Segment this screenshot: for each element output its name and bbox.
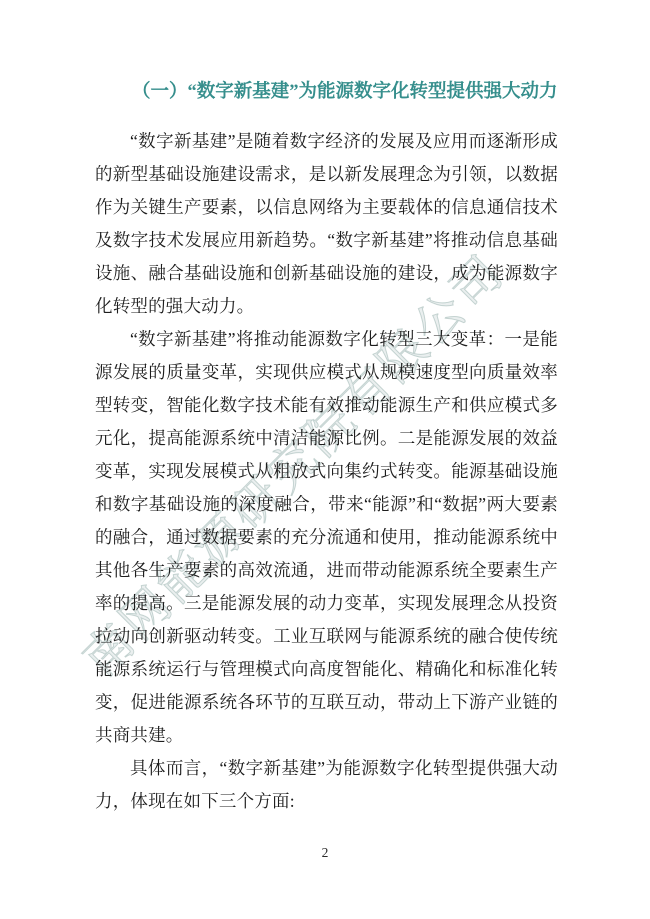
page-content: （一）“数字新基建”为能源数字化转型提供强大动力 “数字新基建”是随着数字经济的… <box>95 78 558 818</box>
document-page: 南网能源研究院有限公司 （一）“数字新基建”为能源数字化转型提供强大动力 “数字… <box>0 0 650 919</box>
page-number: 2 <box>0 845 650 861</box>
paragraph-lead-in: 具体而言，“数字新基建”为能源数字化转型提供强大动力，体现在如下三个方面: <box>95 752 558 818</box>
section-heading: （一）“数字新基建”为能源数字化转型提供强大动力 <box>95 78 558 106</box>
paragraph-three-reforms: “数字新基建”将推动能源数字化转型三大变革：一是能源发展的质量变革，实现供应模式… <box>95 323 558 752</box>
paragraph-intro: “数字新基建”是随着数字经济的发展及应用而逐渐形成的新型基础设施建设需求，是以新… <box>95 125 558 323</box>
